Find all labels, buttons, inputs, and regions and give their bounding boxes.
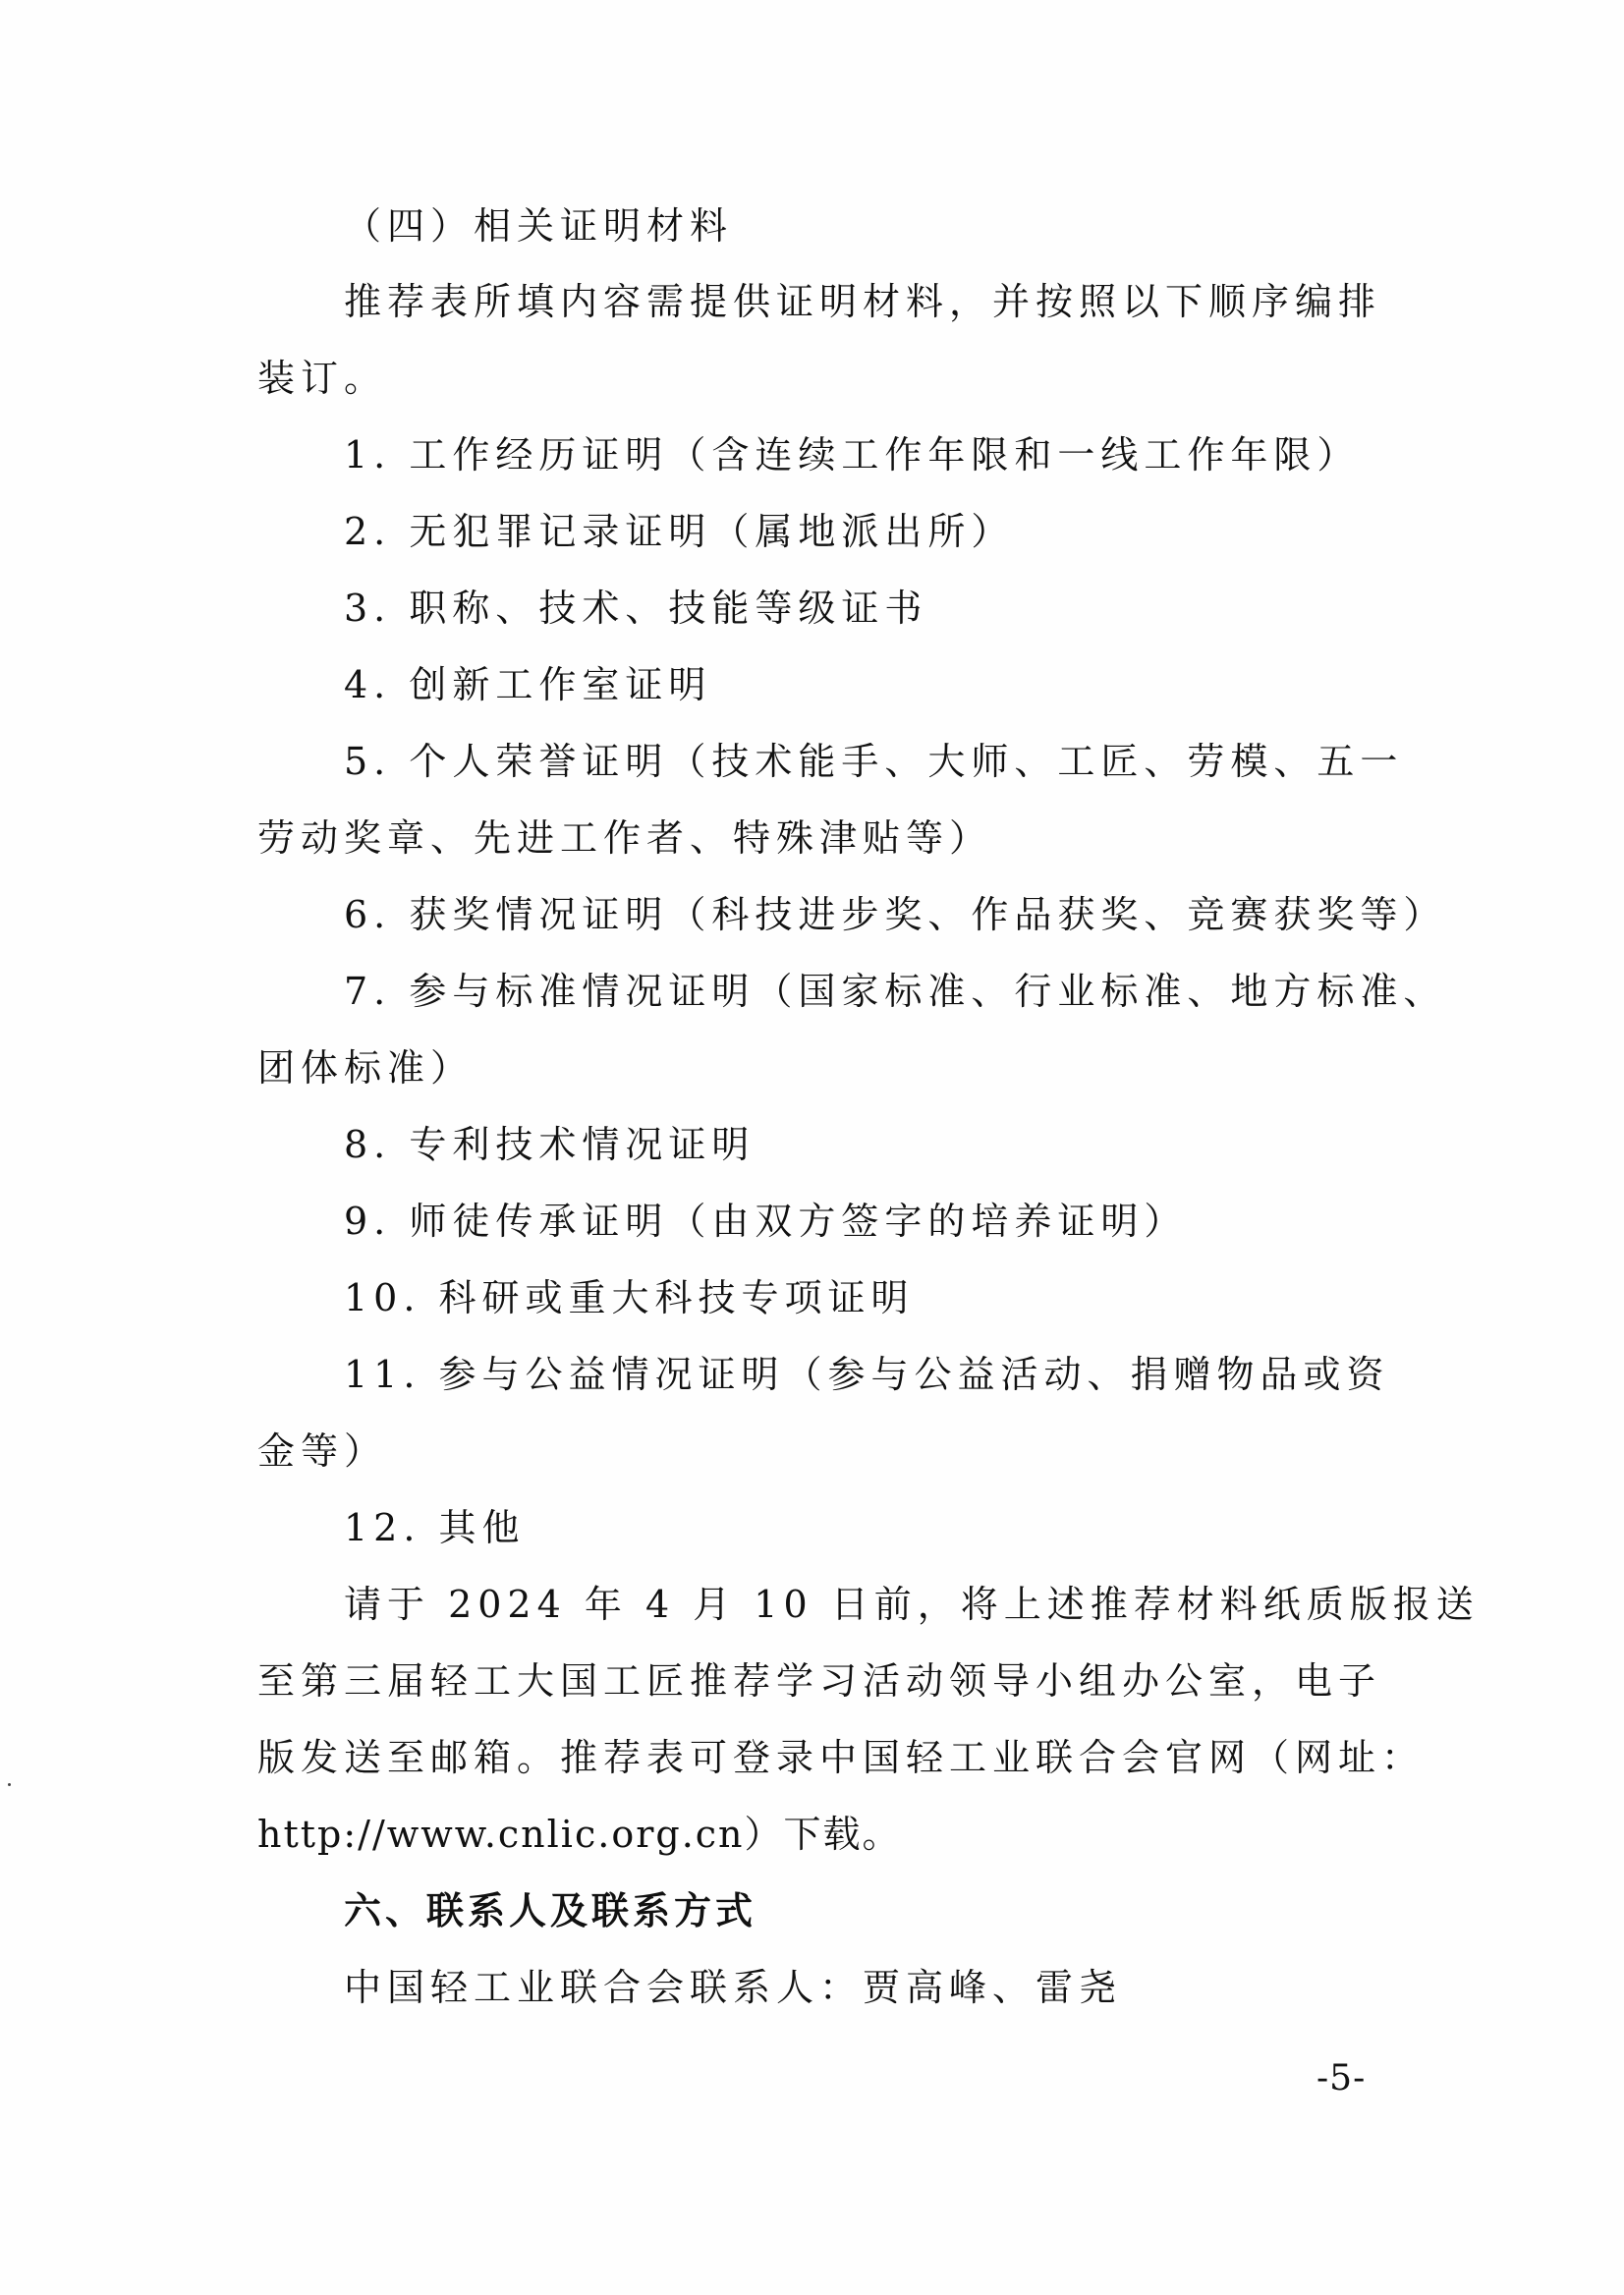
list-item-continuation: 金等） (257, 1427, 387, 1476)
list-item: 3. 职称、技术、技能等级证书 (344, 584, 927, 633)
document-page: （四）相关证明材料 推荐表所填内容需提供证明材料，并按照以下顺序编排 装订。 1… (0, 0, 1624, 2295)
list-item: 6. 获奖情况证明（科技进步奖、作品获奖、竞赛获奖等） (344, 890, 1446, 939)
list-item: 5. 个人荣誉证明（技术能手、大师、工匠、劳模、五一 (344, 737, 1403, 786)
page-number: -5- (1316, 2058, 1366, 2099)
list-item: 11. 参与公益情况证明（参与公益活动、捐赠物品或资 (344, 1350, 1390, 1399)
submission-paragraph-line: 请于 2024 年 4 月 10 日前，将上述推荐材料纸质版报送 (344, 1580, 1480, 1629)
intro-paragraph-line: 装订。 (257, 354, 387, 403)
list-item: 7. 参与标准情况证明（国家标准、行业标准、地方标准、 (344, 967, 1446, 1016)
faded-seal-mark (924, 1351, 1228, 1444)
website-link[interactable]: http://www.cnlic.org.cn）下载。 (257, 1810, 902, 1859)
list-item: 12. 其他 (344, 1503, 526, 1552)
scan-speck (8, 1783, 11, 1786)
list-item: 8. 专利技术情况证明 (344, 1120, 755, 1169)
intro-paragraph-line: 推荐表所填内容需提供证明材料，并按照以下顺序编排 (344, 277, 1381, 326)
contact-heading: 六、联系人及联系方式 (344, 1886, 756, 1935)
contact-line: 中国轻工业联合会联系人：贾高峰、雷尧 (344, 1963, 1122, 2012)
list-item: 10. 科研或重大科技专项证明 (344, 1273, 915, 1322)
list-item: 2. 无犯罪记录证明（属地派出所） (344, 507, 1014, 556)
list-item: 4. 创新工作室证明 (344, 660, 711, 709)
submission-paragraph-line: 至第三届轻工大国工匠推荐学习活动领导小组办公室，电子 (257, 1656, 1381, 1706)
list-item-continuation: 劳动奖章、先进工作者、特殊津贴等） (257, 813, 992, 863)
submission-paragraph-line: 版发送至邮箱。推荐表可登录中国轻工业联合会官网（网址： (257, 1733, 1425, 1782)
section-title: （四）相关证明材料 (344, 201, 733, 251)
list-item: 1. 工作经历证明（含连续工作年限和一线工作年限） (344, 430, 1360, 479)
list-item: 9. 师徒传承证明（由双方签字的培养证明） (344, 1197, 1187, 1246)
list-item-continuation: 团体标准） (257, 1043, 474, 1092)
